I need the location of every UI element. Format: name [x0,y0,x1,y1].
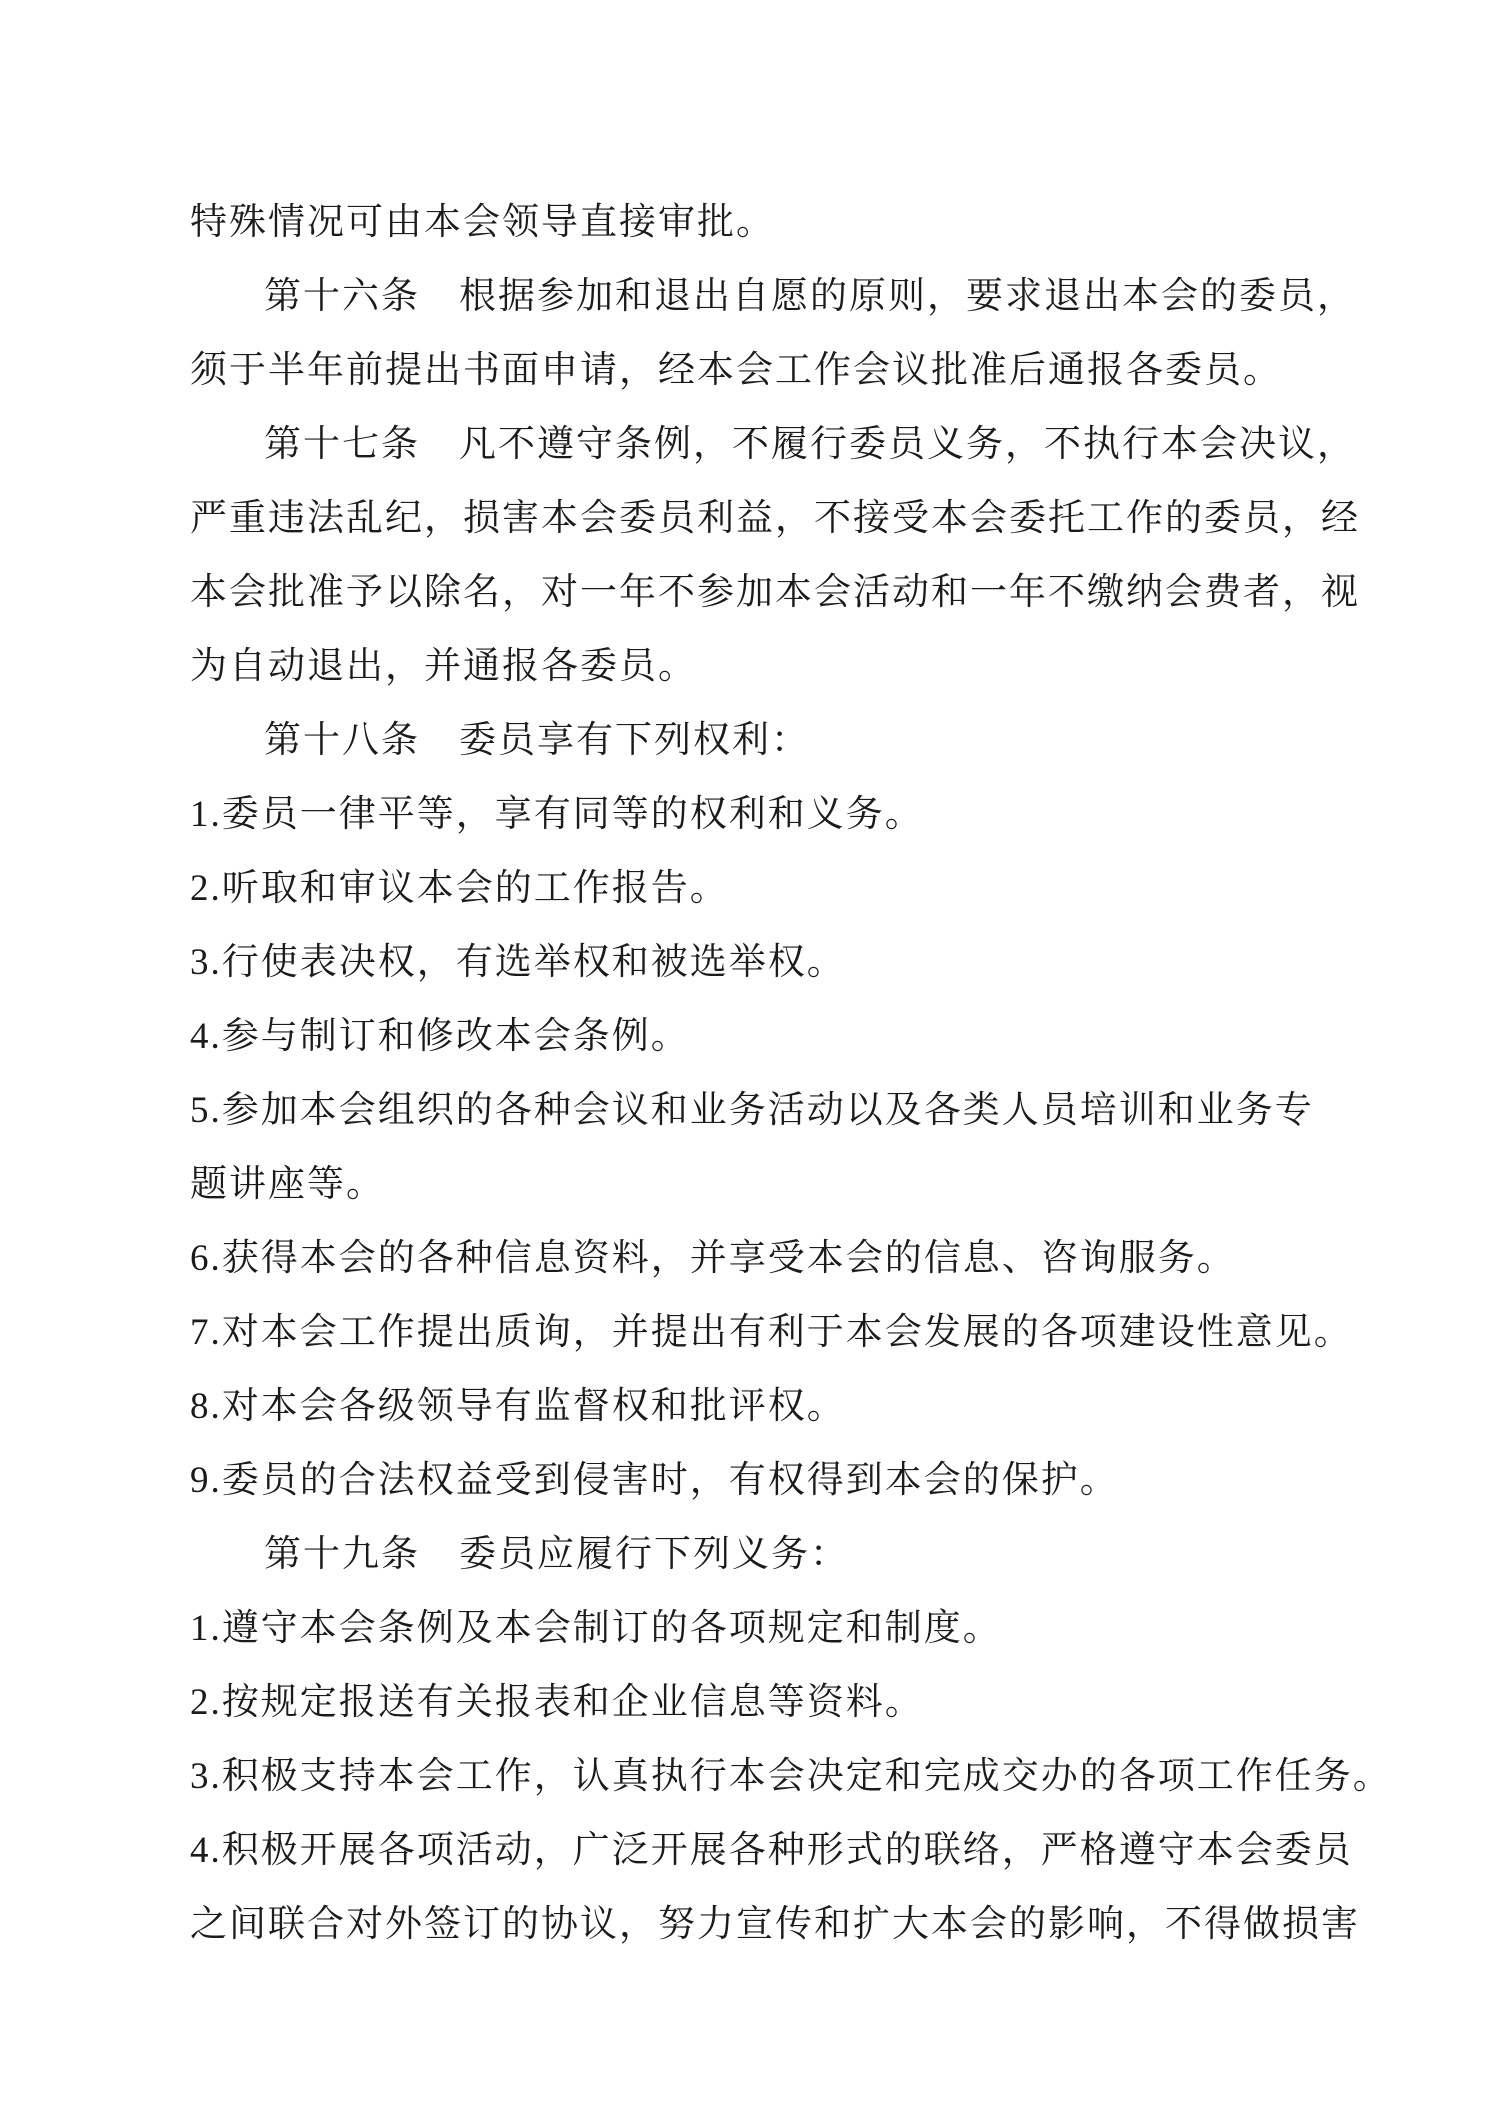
text-line: 7.对本会工作提出质询，并提出有利于本会发展的各项建设性意见。 [190,1296,1390,1370]
text-line: 第十八条 委员享有下列权利： [190,704,1390,778]
text-line: 之间联合对外签订的协议，努力宣传和扩大本会的影响，不得做损害 [190,1888,1390,1962]
text-line: 题讲座等。 [190,1148,1390,1222]
text-line: 6.获得本会的各种信息资料，并享受本会的信息、咨询服务。 [190,1222,1390,1296]
text-line: 1.委员一律平等，享有同等的权利和义务。 [190,778,1390,852]
text-line: 9.委员的合法权益受到侵害时，有权得到本会的保护。 [190,1444,1390,1518]
text-line: 3.行使表决权，有选举权和被选举权。 [190,926,1390,1000]
text-line: 8.对本会各级领导有监督权和批评权。 [190,1370,1390,1444]
text-line: 4.参与制订和修改本会条例。 [190,1000,1390,1074]
text-line: 第十六条 根据参加和退出自愿的原则，要求退出本会的委员， [190,260,1390,334]
text-line: 严重违法乱纪，损害本会委员利益，不接受本会委托工作的委员，经 [190,482,1390,556]
text-line: 第十七条 凡不遵守条例，不履行委员义务，不执行本会决议， [190,408,1390,482]
text-line: 2.听取和审议本会的工作报告。 [190,852,1390,926]
text-line: 1.遵守本会条例及本会制订的各项规定和制度。 [190,1592,1390,1666]
document-page: 特殊情况可由本会领导直接审批。第十六条 根据参加和退出自愿的原则，要求退出本会的… [0,0,1500,2121]
text-line: 为自动退出，并通报各委员。 [190,630,1390,704]
text-line: 本会批准予以除名，对一年不参加本会活动和一年不缴纳会费者，视 [190,556,1390,630]
text-line: 2.按规定报送有关报表和企业信息等资料。 [190,1666,1390,1740]
text-line: 第十九条 委员应履行下列义务： [190,1518,1390,1592]
document-body: 特殊情况可由本会领导直接审批。第十六条 根据参加和退出自愿的原则，要求退出本会的… [190,186,1390,1962]
text-line: 4.积极开展各项活动，广泛开展各种形式的联络，严格遵守本会委员 [190,1814,1390,1888]
text-line: 特殊情况可由本会领导直接审批。 [190,186,1390,260]
text-line: 5.参加本会组织的各种会议和业务活动以及各类人员培训和业务专 [190,1074,1390,1148]
text-line: 须于半年前提出书面申请，经本会工作会议批准后通报各委员。 [190,334,1390,408]
text-line: 3.积极支持本会工作，认真执行本会决定和完成交办的各项工作任务。 [190,1740,1390,1814]
